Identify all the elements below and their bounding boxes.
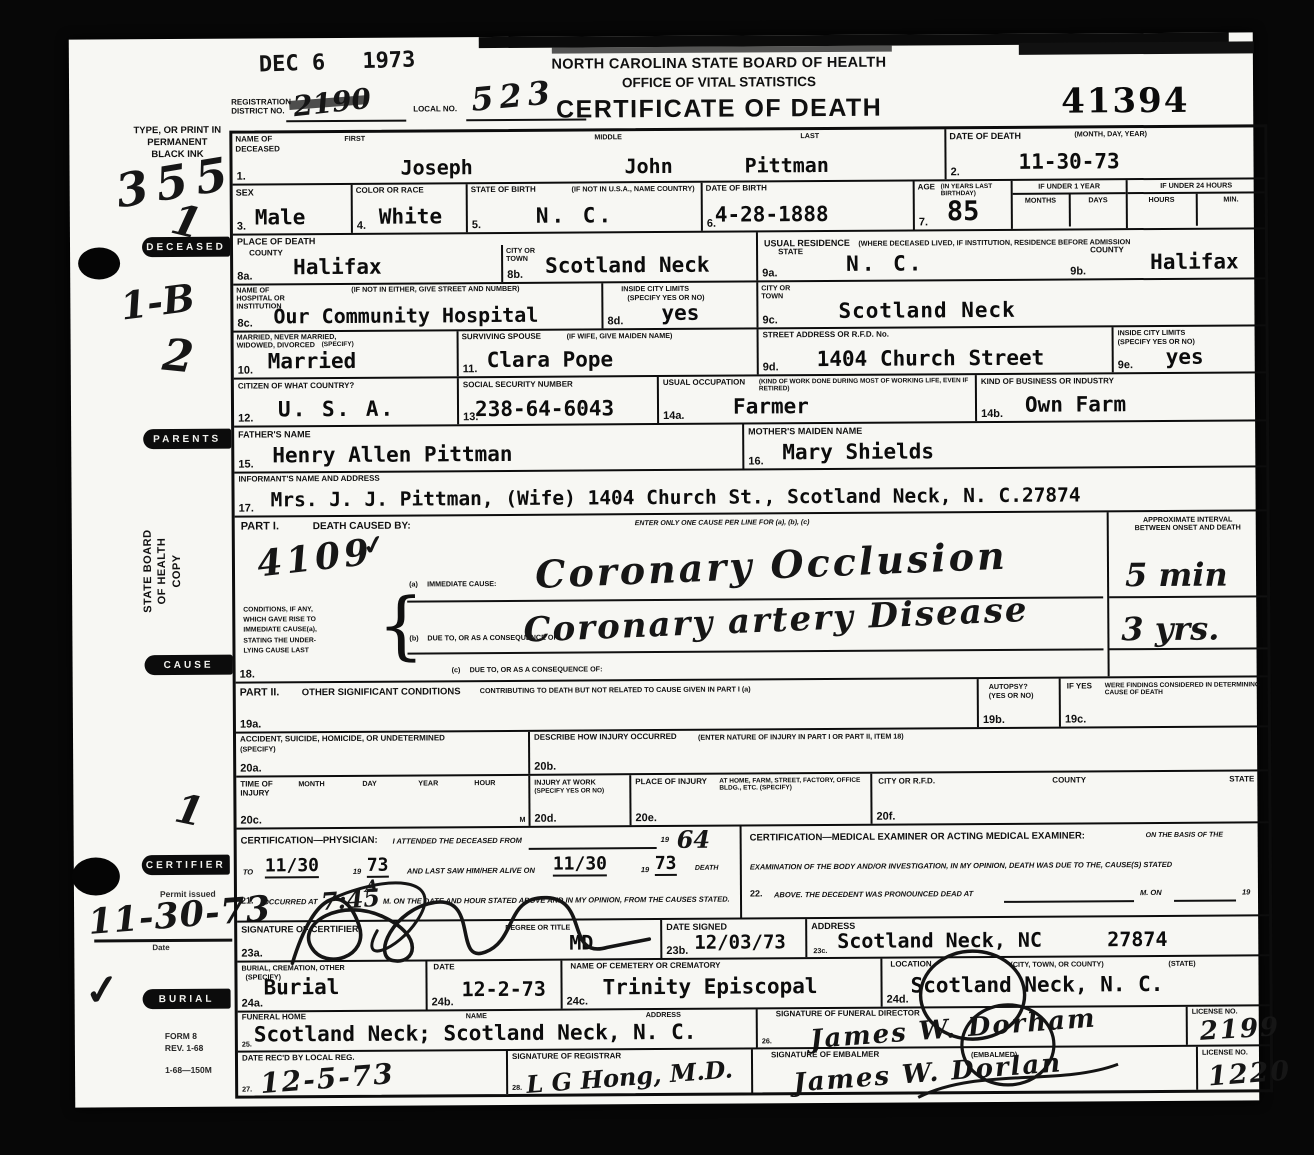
funeral-home-address-label: ADDRESS bbox=[646, 1011, 681, 1019]
residence-state-value: N. C. bbox=[846, 253, 924, 274]
part2-label: PART II. bbox=[240, 686, 280, 698]
death-certificate-form: NAME OF DECEASED FIRST MIDDLE LAST 1. Jo… bbox=[229, 124, 1273, 1098]
burial-date-value: 12-2-73 bbox=[461, 979, 545, 1000]
row-place-residence: PLACE OF DEATH COUNTY 8a. Halifax CITY O… bbox=[233, 227, 1265, 283]
field-23b-num: 23b. bbox=[666, 945, 688, 957]
field-sex: SEX 3. Male bbox=[233, 185, 351, 234]
field-findings: IF YES WERE FINDINGS CONSIDERED IN DETER… bbox=[1059, 677, 1268, 726]
field-citizen: CITIZEN OF WHAT COUNTRY? 12. U. S. A. bbox=[234, 378, 457, 425]
iaw-sub: (SPECIFY YES OR NO) bbox=[534, 787, 604, 795]
spouse-sub: (IF WIFE, GIVE MAIDEN NAME) bbox=[567, 332, 673, 341]
tab-deceased: DECEASED bbox=[142, 237, 230, 258]
row-informant: INFORMANT'S NAME AND ADDRESS 17. Mrs. J.… bbox=[234, 465, 1266, 515]
interval-header: APPROXIMATE INTERVAL BETWEEN ONSET AND D… bbox=[1109, 511, 1267, 532]
embalmer-license-label: LICENSE NO. bbox=[1202, 1048, 1248, 1056]
field-22-num: 22. bbox=[750, 888, 763, 898]
field-19a-num: 19a. bbox=[240, 718, 261, 730]
date-signed-label: DATE SIGNED bbox=[666, 922, 727, 932]
received-date-stamp: DEC 6 1973 bbox=[259, 47, 416, 77]
residence-city-value: Scotland Neck bbox=[838, 300, 1015, 322]
under1-days-label: DAYS bbox=[1068, 194, 1126, 226]
poi-sub: AT HOME, FARM, STREET, FACTORY, OFFICE B… bbox=[719, 777, 867, 792]
first-label: FIRST bbox=[344, 135, 365, 143]
field-date-of-death: DATE OF DEATH (MONTH, DAY, YEAR) 2. 11-3… bbox=[944, 127, 1264, 179]
field-8a-num: 8a. bbox=[237, 271, 252, 283]
field-date-of-birth: DATE OF BIRTH 6. 4-28-1888 bbox=[701, 181, 913, 230]
scan-artifact-top3 bbox=[1019, 41, 1254, 54]
field-20c-num: 20c. bbox=[240, 814, 261, 826]
field-20e-num: 20e. bbox=[635, 812, 656, 824]
copy-designation: STATE BOARD OF HEALTH COPY bbox=[141, 496, 190, 646]
hole-punch-top bbox=[78, 247, 120, 279]
field-8c-num: 8c. bbox=[237, 318, 252, 330]
pronounced-line-1 bbox=[1004, 900, 1134, 903]
attended-from-19: 19 bbox=[661, 835, 669, 844]
field-9d-num: 9d. bbox=[763, 361, 779, 373]
cause-c-label: DUE TO, OR AS A CONSEQUENCE OF: bbox=[470, 665, 603, 674]
certifier-signature-scrawl bbox=[267, 869, 668, 976]
field-24a-num: 24a. bbox=[242, 997, 263, 1009]
field-11-num: 11. bbox=[463, 363, 478, 375]
toi-hour-label: HOUR bbox=[474, 779, 495, 787]
sob-label: STATE OF BIRTH bbox=[471, 186, 536, 195]
cause-b-line bbox=[407, 648, 1103, 654]
embalmer-license-value: 1220 bbox=[1207, 1055, 1292, 1092]
cause-code-check: ✓ bbox=[360, 529, 387, 562]
row-citizen: CITIZEN OF WHAT COUNTRY? 12. U. S. A. SO… bbox=[234, 371, 1266, 425]
group-usual-residence: USUAL RESIDENCE (WHERE DECEASED LIVED, I… bbox=[756, 229, 1265, 280]
field-marital-status: MARRIED, NEVER MARRIED, WIDOWED, DIVORCE… bbox=[234, 331, 457, 377]
field-residence-city: CITY OR TOWN 9c. Scotland Neck bbox=[756, 279, 1265, 327]
race-value: White bbox=[379, 206, 442, 227]
field-2-num: 2. bbox=[951, 166, 960, 178]
hole-punch-bottom bbox=[72, 857, 120, 895]
row-cause-of-death: PART I. DEATH CAUSED BY: ENTER ONLY ONE … bbox=[235, 509, 1268, 681]
ssn-value: 238-64-6043 bbox=[475, 398, 614, 420]
field-inside-city-limits-residence: INSIDE CITY LIMITS (SPECIFY YES OR NO) 9… bbox=[1112, 326, 1266, 372]
under24-label: IF UNDER 24 HOURS bbox=[1128, 179, 1265, 194]
father-label: FATHER'S NAME bbox=[238, 429, 311, 440]
dod-label: DATE OF DEATH bbox=[949, 131, 1021, 142]
stamp-day: DEC 6 bbox=[259, 50, 326, 77]
row-accident: ACCIDENT, SUICIDE, HOMICIDE, OR UNDETERM… bbox=[236, 725, 1268, 775]
field-10-num: 10. bbox=[238, 365, 253, 377]
field-26-num: 26. bbox=[762, 1037, 772, 1045]
field-if-under-24-hours: IF UNDER 24 HOURS HOURS MIN. bbox=[1126, 179, 1265, 228]
accident-label: ACCIDENT, SUICIDE, HOMICIDE, OR UNDETERM… bbox=[240, 734, 445, 744]
under1-months-label: MONTHS bbox=[1013, 194, 1069, 226]
field-registrar-signature: SIGNATURE OF REGISTRAR 28. L G Hong, M.D… bbox=[506, 1049, 751, 1093]
business-label: KIND OF BUSINESS OR INDUSTRY bbox=[981, 377, 1114, 387]
me-cert-title: CERTIFICATION—MEDICAL EXAMINER OR ACTING… bbox=[750, 830, 1085, 843]
field-county-of-death: COUNTY 8a. Halifax bbox=[233, 245, 501, 284]
field-14b-num: 14b. bbox=[981, 408, 1003, 420]
cause-a-label: IMMEDIATE CAUSE: bbox=[427, 580, 496, 588]
occupation-sub: (KIND OF WORK DONE DURING MOST OF WORKIN… bbox=[759, 377, 969, 393]
margin-code-slash: 1 bbox=[171, 785, 208, 837]
under1-label: IF UNDER 1 YEAR bbox=[1013, 180, 1126, 195]
field-injury-city: CITY OR R.F.D. COUNTY STATE 20f. bbox=[870, 771, 1268, 823]
citizen-value: U. S. A. bbox=[278, 399, 395, 421]
pronounced-19: 19 bbox=[1242, 887, 1250, 896]
cause-b-label-b: (b) bbox=[409, 635, 418, 643]
field-race: COLOR OR RACE 4. White bbox=[351, 184, 466, 233]
part1-caused-by: DEATH CAUSED BY: bbox=[313, 521, 411, 533]
row-sex-race: SEX 3. Male COLOR OR RACE 4. White STATE… bbox=[233, 177, 1265, 233]
date-signed-value: 12/03/73 bbox=[694, 933, 786, 953]
field-hospital: NAME OF HOSPITAL OR INSTITUTION (IF NOT … bbox=[233, 283, 601, 330]
field-1-num: 1. bbox=[237, 171, 246, 183]
certificate-number: 41394 bbox=[1061, 81, 1190, 122]
residence-county-value: Halifax bbox=[1150, 251, 1239, 273]
attended-from-line bbox=[529, 847, 657, 850]
field-28-num: 28. bbox=[512, 1084, 522, 1092]
death-label: DEATH bbox=[695, 865, 719, 872]
margin-checkmark: ✓ bbox=[82, 964, 122, 1017]
field-9c-num: 9c. bbox=[762, 314, 777, 326]
row-marital: MARRIED, NEVER MARRIED, WIDOWED, DIVORCE… bbox=[234, 324, 1266, 377]
under24-min-label: MIN. bbox=[1195, 193, 1265, 225]
location-sub2: (STATE) bbox=[1168, 960, 1195, 968]
residence-city-label-2: TOWN bbox=[761, 292, 783, 300]
poi-label: PLACE OF INJURY bbox=[635, 778, 707, 787]
business-value: Own Farm bbox=[1025, 394, 1126, 416]
field-age: AGE (IN YEARS LAST BIRTHDAY) 7. 85 bbox=[913, 181, 1011, 230]
autopsy-sub: (YES OR NO) bbox=[989, 692, 1034, 700]
part2-title: OTHER SIGNIFICANT CONDITIONS bbox=[302, 686, 461, 698]
pronounced-text: ABOVE. THE DECEDENT WAS PRONOUNCED DEAD … bbox=[774, 889, 973, 899]
field-state-of-birth: STATE OF BIRTH (IF NOT IN U.S.A., NAME C… bbox=[466, 183, 701, 232]
occupation-value: Farmer bbox=[733, 396, 809, 417]
dod-sub: (MONTH, DAY, YEAR) bbox=[1074, 130, 1147, 138]
how-injury-label: DESCRIBE HOW INJURY OCCURRED bbox=[534, 733, 677, 743]
field-20d-num: 20d. bbox=[534, 813, 556, 825]
race-label: COLOR OR RACE bbox=[356, 186, 424, 195]
funeral-home-value: Scotland Neck; Scotland Neck, N. C. bbox=[254, 1022, 697, 1046]
middle-label: MIDDLE bbox=[594, 133, 622, 141]
field-4-num: 4. bbox=[357, 220, 366, 232]
cause-c-label-c: (c) bbox=[452, 666, 461, 674]
mother-label: MOTHER'S MAIDEN NAME bbox=[748, 426, 862, 437]
field-city-of-death: CITY OR TOWN 8b. Scotland Neck bbox=[501, 244, 756, 282]
row-name: NAME OF DECEASED FIRST MIDDLE LAST 1. Jo… bbox=[232, 127, 1264, 183]
field-business: KIND OF BUSINESS OR INDUSTRY 14b. Own Fa… bbox=[975, 373, 1266, 421]
registration-block: REGISTRATION DISTRICT NO. 2190 LOCAL NO.… bbox=[231, 88, 651, 129]
field-place-of-injury: PLACE OF INJURY AT HOME, FARM, STREET, F… bbox=[629, 774, 870, 825]
injury-state-label: STATE bbox=[1229, 775, 1254, 784]
cause-a-label-a: (a) bbox=[409, 581, 418, 589]
registrar-sig-label: SIGNATURE OF REGISTRAR bbox=[512, 1052, 621, 1062]
field-accident: ACCIDENT, SUICIDE, HOMICIDE, OR UNDETERM… bbox=[236, 732, 528, 776]
city-value: Scotland Neck bbox=[545, 255, 710, 277]
part1-label: PART I. bbox=[241, 520, 279, 532]
field-19b-num: 19b. bbox=[983, 714, 1005, 726]
field-23a-num: 23a. bbox=[241, 947, 262, 959]
field-informant: INFORMANT'S NAME AND ADDRESS 17. Mrs. J.… bbox=[234, 467, 1266, 515]
burial-value: Burial bbox=[263, 977, 339, 998]
field-24c-num: 24c. bbox=[567, 995, 588, 1007]
field-18-num: 18. bbox=[240, 669, 255, 681]
row-part2: PART II. OTHER SIGNIFICANT CONDITIONS CO… bbox=[236, 675, 1268, 731]
field-8d-num: 8d. bbox=[607, 315, 623, 327]
field-20f-num: 20f. bbox=[876, 811, 895, 823]
toi-day-label: DAY bbox=[362, 780, 377, 788]
sob-sub: (IF NOT IN U.S.A., NAME COUNTRY) bbox=[560, 185, 695, 194]
first-name-value: Joseph bbox=[400, 157, 472, 177]
field-17-num: 17. bbox=[239, 503, 254, 515]
last-label: LAST bbox=[800, 132, 819, 140]
middle-name-value: John bbox=[624, 156, 672, 176]
field-date-signed: DATE SIGNED 23b. 12/03/73 bbox=[660, 919, 805, 958]
field-21-num: 21. bbox=[241, 896, 254, 906]
how-injury-sub: (ENTER NATURE OF INJURY IN PART I OR PAR… bbox=[698, 733, 904, 742]
residence-county-label: COUNTY bbox=[1090, 246, 1124, 255]
field-16-num: 16. bbox=[748, 455, 763, 467]
father-value: Henry Allen Pittman bbox=[272, 444, 512, 466]
interval-b-value: 3 yrs. bbox=[1121, 610, 1219, 649]
director-signature-scrawl bbox=[887, 946, 1138, 1108]
field-8b-num: 8b. bbox=[507, 269, 523, 281]
pronounced-line-2 bbox=[1174, 900, 1236, 902]
embalmer-sig-label: SIGNATURE OF EMBALMER bbox=[771, 1051, 879, 1061]
field-mother: MOTHER'S MAIDEN NAME 16. Mary Shields bbox=[742, 421, 1266, 468]
field-9b-num: 9b. bbox=[1070, 265, 1086, 277]
icl-res-value: yes bbox=[1166, 347, 1204, 368]
certification-medical-examiner: CERTIFICATION—MEDICAL EXAMINER OR ACTING… bbox=[740, 823, 1270, 917]
field-surviving-spouse: SURVIVING SPOUSE (IF WIFE, GIVE MAIDEN N… bbox=[457, 329, 757, 376]
toi-month-label: MONTH bbox=[298, 780, 324, 788]
certificate-paper: DEC 6 1973 NORTH CAROLINA STATE BOARD OF… bbox=[69, 32, 1260, 1107]
field-14a-num: 14a. bbox=[663, 410, 684, 422]
field-injury-at-work: INJURY AT WORK (SPECIFY YES OR NO) 20d. bbox=[528, 775, 629, 826]
city-label-2: TOWN bbox=[506, 255, 528, 263]
ssn-label: SOCIAL SECURITY NUMBER bbox=[463, 381, 573, 391]
autopsy-label: AUTOPSY? bbox=[989, 683, 1028, 691]
field-24b-num: 24b. bbox=[432, 996, 454, 1008]
row-parents: FATHER'S NAME 15. Henry Allen Pittman MO… bbox=[234, 419, 1266, 471]
field-25-num: 25. bbox=[242, 1041, 252, 1049]
permit-date-line bbox=[94, 939, 232, 943]
age-value: 85 bbox=[947, 198, 980, 225]
reg-underline bbox=[286, 120, 406, 123]
field-20a-num: 20a. bbox=[240, 762, 261, 774]
name-label-1: NAME OF bbox=[235, 135, 272, 144]
hospital-value: Our Community Hospital bbox=[273, 305, 538, 327]
tab-certifier: CERTIFIER bbox=[142, 855, 230, 876]
field-date-received: DATE REC'D BY LOCAL REG. 27. 12-5-73 bbox=[238, 1051, 506, 1096]
field-9a-num: 9a. bbox=[762, 267, 777, 279]
age-label: AGE bbox=[918, 183, 935, 192]
field-father: FATHER'S NAME 15. Henry Allen Pittman bbox=[234, 425, 742, 472]
injury-city-label: CITY OR R.F.D. bbox=[878, 777, 935, 786]
dob-label: DATE OF BIRTH bbox=[706, 184, 767, 193]
sob-value: N. C. bbox=[536, 205, 614, 226]
print-code: 1-68—150M bbox=[165, 1065, 212, 1075]
field-5-num: 5. bbox=[472, 219, 481, 231]
physician-cert-title: CERTIFICATION—PHYSICIAN: bbox=[241, 835, 378, 847]
pronounced-m-on: M. ON bbox=[1140, 888, 1162, 897]
field-9e-num: 9e. bbox=[1118, 359, 1133, 371]
toi-year-label: YEAR bbox=[418, 779, 438, 787]
residence-state-label: STATE bbox=[778, 248, 803, 257]
cemetery-value: Trinity Episcopal bbox=[602, 976, 817, 998]
occupation-label: USUAL OCCUPATION bbox=[663, 379, 745, 388]
field-name-of-deceased: NAME OF DECEASED FIRST MIDDLE LAST 1. Jo… bbox=[232, 129, 944, 183]
group-place-of-death: PLACE OF DEATH COUNTY 8a. Halifax CITY O… bbox=[233, 232, 756, 283]
cause-a-value: Coronary Occlusion bbox=[534, 533, 1008, 597]
interval-column: APPROXIMATE INTERVAL BETWEEN ONSET AND D… bbox=[1107, 511, 1268, 676]
field-19c-num: 19c. bbox=[1065, 713, 1086, 725]
injury-county-label: COUNTY bbox=[1052, 776, 1086, 785]
interval-a-line bbox=[1109, 595, 1267, 598]
findings-label: IF YES bbox=[1067, 682, 1092, 691]
attended-to-label: TO bbox=[243, 868, 253, 877]
informant-label: INFORMANT'S NAME AND ADDRESS bbox=[238, 475, 379, 485]
field-15-num: 15. bbox=[238, 459, 253, 471]
iaw-label: INJURY AT WORK bbox=[534, 778, 596, 786]
me-t2: EXAMINATION OF THE BODY AND/OR INVESTIGA… bbox=[750, 860, 1172, 872]
residence-label: USUAL RESIDENCE bbox=[764, 238, 850, 249]
dob-value: 4-28-1888 bbox=[715, 204, 829, 226]
field-ssn: SOCIAL SECURITY NUMBER 13. 238-64-6043 bbox=[457, 377, 657, 424]
scan-artifact-top2 bbox=[552, 46, 892, 54]
last-name-value: Pittman bbox=[744, 155, 828, 176]
field-23c-num: 23c. bbox=[813, 947, 827, 955]
findings-sub: WERE FINDINGS CONSIDERED IN DETERMINING … bbox=[1105, 681, 1270, 697]
sex-label: SEX bbox=[236, 187, 254, 197]
part1-note: ENTER ONLY ONE CAUSE PER LINE FOR (a), (… bbox=[635, 519, 810, 527]
icl-death-value: yes bbox=[661, 303, 699, 324]
local-no-label: LOCAL NO. bbox=[413, 105, 457, 114]
field-7-num: 7. bbox=[919, 216, 928, 228]
hospital-sub: (IF NOT IN EITHER, GIVE STREET AND NUMBE… bbox=[351, 285, 519, 294]
county-value: Halifax bbox=[293, 257, 382, 279]
row-injury-details: TIME OF INJURY MONTH DAY YEAR HOUR M 20c… bbox=[236, 769, 1268, 827]
funeral-home-label: FUNERAL HOME bbox=[242, 1013, 306, 1022]
field-funeral-home: FUNERAL HOME NAME ADDRESS 25. Scotland N… bbox=[238, 1009, 756, 1050]
attended-from-year: 64 bbox=[677, 825, 711, 854]
part2-conditions: PART II. OTHER SIGNIFICANT CONDITIONS CO… bbox=[236, 679, 977, 732]
field-27-num: 27. bbox=[242, 1086, 252, 1094]
informant-value: Mrs. J. J. Pittman, (Wife) 1404 Church S… bbox=[271, 485, 1081, 509]
margin-code-1b: 1-B bbox=[118, 275, 197, 329]
field-occupation: USUAL OCCUPATION (KIND OF WORK DONE DURI… bbox=[657, 375, 975, 423]
field-20b-num: 20b. bbox=[534, 761, 556, 773]
director-license-value: 2199 bbox=[1199, 1012, 1281, 1047]
reg-district-label: REGISTRATION DISTRICT NO. bbox=[231, 98, 291, 116]
local-no-value: 523 bbox=[470, 73, 558, 119]
street-value: 1404 Church Street bbox=[817, 348, 1045, 370]
permit-date-label: Date bbox=[152, 943, 169, 952]
conditions-note: CONDITIONS, IF ANY, WHICH GAVE RISE TO I… bbox=[243, 605, 367, 657]
mother-value: Mary Shields bbox=[782, 441, 934, 463]
cause-code: 4109 bbox=[255, 531, 375, 586]
tab-parents: PARENTS bbox=[143, 429, 231, 450]
spouse-label: SURVIVING SPOUSE bbox=[462, 333, 541, 342]
field-autopsy: AUTOPSY? (YES OR NO) 19b. bbox=[977, 679, 1059, 728]
physician-t1: I ATTENDED THE DECEASED FROM bbox=[393, 836, 522, 846]
field-3-num: 3. bbox=[237, 221, 246, 233]
margin-code-2: 2 bbox=[160, 330, 195, 384]
citizen-label: CITIZEN OF WHAT COUNTRY? bbox=[238, 382, 354, 392]
toi-m-label: M bbox=[519, 816, 525, 824]
accident-sub: (SPECIFY) bbox=[240, 745, 276, 753]
me-t1: ON THE BASIS OF THE bbox=[1146, 832, 1223, 839]
field-embalmer-license: LICENSE NO. 1220 bbox=[1196, 1046, 1270, 1089]
field-time-of-injury: TIME OF INJURY MONTH DAY YEAR HOUR M 20c… bbox=[236, 776, 528, 828]
dod-value: 11-30-73 bbox=[1018, 151, 1119, 173]
tab-cause: CAUSE bbox=[145, 655, 233, 676]
interval-a-value: 5 min bbox=[1125, 556, 1228, 595]
form-number: FORM 8 REV. 1-68 bbox=[165, 1031, 204, 1055]
row-hospital: NAME OF HOSPITAL OR INSTITUTION (IF NOT … bbox=[233, 277, 1265, 330]
funeral-home-name-label: NAME bbox=[466, 1012, 487, 1020]
marital-sub: (SPECIFY) bbox=[322, 341, 354, 348]
field-director-license: LICENSE NO. 2199 bbox=[1186, 1006, 1270, 1045]
tab-burial: BURIAL bbox=[143, 989, 231, 1010]
field-street-address: STREET ADDRESS OR R.F.D. No. 9d. 1404 Ch… bbox=[757, 327, 1112, 374]
date-received-value: 12-5-73 bbox=[259, 1057, 396, 1100]
field-12-num: 12. bbox=[238, 413, 253, 425]
sex-value: Male bbox=[255, 207, 306, 228]
under24-hours-label: HOURS bbox=[1128, 194, 1196, 226]
field-how-injury: DESCRIBE HOW INJURY OCCURRED (ENTER NATU… bbox=[528, 727, 1268, 774]
field-if-under-1-year: IF UNDER 1 YEAR MONTHS DAYS bbox=[1011, 180, 1126, 229]
marital-value: Married bbox=[268, 351, 357, 373]
conditions-brace: { bbox=[377, 582, 425, 668]
street-label: STREET ADDRESS OR R.F.D. No. bbox=[763, 331, 889, 341]
county-label: COUNTY bbox=[249, 249, 283, 258]
name-label-2: DECEASED bbox=[235, 145, 280, 154]
spouse-value: Clara Pope bbox=[487, 349, 614, 371]
part2-note: CONTRIBUTING TO DEATH BUT NOT RELATED TO… bbox=[480, 685, 751, 695]
field-inside-city-limits-death: INSIDE CITY LIMITS (SPECIFY YES OR NO) 8… bbox=[601, 282, 756, 328]
board-title: NORTH CAROLINA STATE BOARD OF HEALTH bbox=[399, 54, 1039, 74]
local-underline bbox=[466, 118, 586, 121]
part1-cause-area: PART I. DEATH CAUSED BY: ENTER ONLY ONE … bbox=[235, 512, 1108, 681]
toi-label-2: INJURY bbox=[240, 789, 269, 798]
